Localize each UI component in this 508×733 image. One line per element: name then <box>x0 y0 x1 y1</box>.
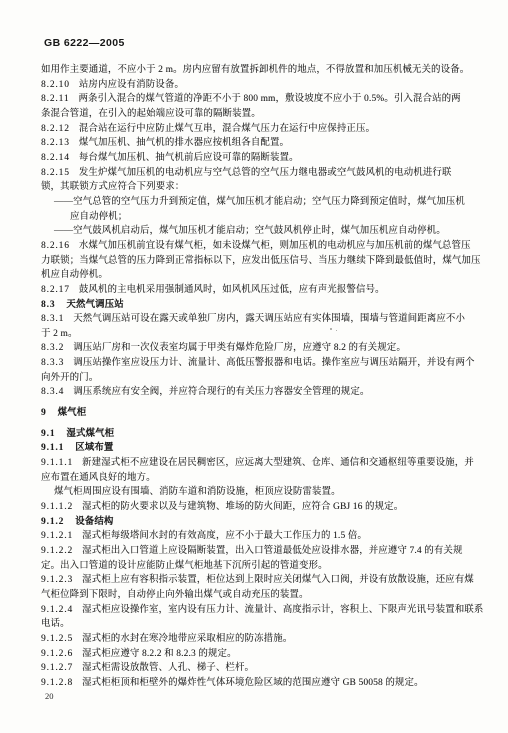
clause-8-2-15: 8.2.15发生炉煤气加压机的电动机应与空气总管的空气压力继电器或空气鼓风机的电… <box>41 166 486 181</box>
heading-9-1-1: 9.1.1区域布置 <box>41 441 486 456</box>
clause-number: 9.1.1.1 <box>41 458 73 468</box>
clause-text: 湿式柜的防火要求以及与建筑物、堆场的防火间距，应符合 GBJ 16 的规定。 <box>82 502 403 512</box>
clause-8-2-17: 8.2.17鼓风机的主电机采用强制通风时，如风机风压过低，应有声光报警信号。 <box>41 283 486 298</box>
heading-text: 设备结构 <box>75 517 113 527</box>
scan-speckle <box>330 328 332 330</box>
clause-number: 8.2.16 <box>41 241 70 251</box>
clause-number: 9.1.2.2 <box>41 546 73 556</box>
clause-9-1-2-2: 9.1.2.2湿式柜出入口管道上应设隔断装置，出入口管道最低处应设排水器，并应遵… <box>41 544 486 559</box>
dash-item-1-cont: 应自动停机； <box>41 210 486 225</box>
clause-9-1-2-4-cont: 电话。 <box>41 617 486 632</box>
heading-text: 天然气调压站 <box>66 300 123 310</box>
clause-9-1-1-1-para2: 煤气柜周围应设有围墙、消防车道和消防设施，柜顶应设防雷装置。 <box>41 485 486 500</box>
clause-text: 湿式柜应遵守 8.2.2 和 8.2.3 的规定。 <box>82 649 237 659</box>
clause-9-1-2-7: 9.1.2.7湿式柜需设放散管、人孔、梯子、栏杆。 <box>41 661 486 676</box>
heading-text: 区域布置 <box>75 443 113 453</box>
clause-8-2-16: 8.2.16水煤气加压机前宜设有煤气柜，如未设煤气柜，则加压机的电动机应与加压机… <box>41 239 486 254</box>
clause-9-1-1-1-cont: 应布置在通风良好的地方。 <box>41 471 486 486</box>
clause-text: 调压站操作室应设压力计、流量计、高低压警报器和电话。操作室应与调压站隔开，并设有… <box>73 358 474 368</box>
clause-number: 8.3.4 <box>41 387 64 397</box>
clause-number: 8.3.3 <box>41 358 64 368</box>
clause-text: 调压站厂房和一次仪表室均属于甲类有爆炸危险厂房，应遵守 8.2 的有关规定。 <box>73 343 406 353</box>
page-number: 20 <box>45 691 54 701</box>
clause-8-2-16-cont: 力联锁；当煤气总管的压力降到正常指标以下，应发出低压信号、当压力继续下降到最低值… <box>41 254 486 269</box>
clause-number: 8.2.11 <box>41 94 70 104</box>
heading-9-1-2: 9.1.2设备结构 <box>41 515 486 530</box>
clause-number: 8.2.12 <box>41 124 70 134</box>
clause-text: 湿式柜每级塔间水封的有效高度，应不小于最大工作压力的 1.5 倍。 <box>82 531 367 541</box>
heading-number: 9.1.1 <box>41 443 64 453</box>
clause-number: 9.1.1.2 <box>41 502 73 512</box>
clause-8-3-4: 8.3.4调压系统应有安全阀，并应符合现行的有关压力容器安全管理的规定。 <box>41 385 486 400</box>
heading-text: 煤气柜 <box>58 408 87 418</box>
clause-number: 9.1.2.3 <box>41 575 73 585</box>
clause-number: 8.2.15 <box>41 168 70 178</box>
heading-9-1: 9.1湿式煤气柜 <box>41 427 486 442</box>
clause-text: 湿式柜上应有容积指示装置，柜位达到上限时应关闭煤气入口阀，并设有放散设施，还应有… <box>82 575 474 585</box>
clause-number: 8.2.17 <box>41 285 70 295</box>
clause-number: 8.3.2 <box>41 343 64 353</box>
clause-9-1-2-6: 9.1.2.6湿式柜应遵守 8.2.2 和 8.2.3 的规定。 <box>41 647 486 662</box>
clause-8-2-11-cont: 条混合管道，在引入的起始端应设可靠的隔断装置。 <box>41 107 486 122</box>
clause-number: 8.3.1 <box>41 314 64 324</box>
clause-8-2-16-cont2: 机应自动停机。 <box>41 268 486 283</box>
clause-number: 9.1.2.4 <box>41 605 73 615</box>
clause-text: 鼓风机的主电机采用强制通风时，如风机风压过低，应有声光报警信号。 <box>79 285 385 295</box>
clause-number: 9.1.2.7 <box>41 663 73 673</box>
clause-number: 9.1.2.5 <box>41 634 73 644</box>
standard-number-header: GB 6222—2005 <box>44 37 125 49</box>
clause-9-1-2-3: 9.1.2.3湿式柜上应有容积指示装置，柜位达到上限时应关闭煤气入口阀，并设有放… <box>41 573 486 588</box>
scanned-document-page: GB 6222—2005 如用作主要通道，不应小于 2 m。房内应留有放置拆卸机… <box>0 0 508 733</box>
clause-9-1-2-8: 9.1.2.8湿式柜柜顶和柜壁外的爆炸性气体环境危险区域的范围应遵守 GB 50… <box>41 676 486 691</box>
heading-8-3: 8.3天然气调压站 <box>41 298 486 313</box>
heading-9: 9煤气柜 <box>41 406 486 421</box>
clause-text: 两条引入混合的煤气管道的净距不小于 800 mm，敷设坡度不应小于 0.5%。引… <box>79 94 461 104</box>
heading-number: 9 <box>41 408 47 418</box>
heading-number: 8.3 <box>41 300 55 310</box>
clause-8-2-14: 8.2.14每台煤气加压机、抽气机前后应设可靠的隔断装置。 <box>41 151 486 166</box>
clause-text: 湿式柜应设操作室，室内设有压力计、流量计、高度指示计，容积上、下限声光讯号装置和… <box>82 605 483 615</box>
clause-text: 天然气调压站可设在露天或单独厂房内，露天调压站应有实体围墙，围墙与管道间距离应不… <box>73 314 465 324</box>
clause-text: 发生炉煤气加压机的电动机应与空气总管的空气压力继电器或空气鼓风机的电动机进行联 <box>79 168 452 178</box>
clause-8-3-2: 8.3.2调压站厂房和一次仪表室均属于甲类有爆炸危险厂房，应遵守 8.2 的有关… <box>41 341 486 356</box>
clause-9-1-1-2: 9.1.1.2湿式柜的防火要求以及与建筑物、堆场的防火间距，应符合 GBJ 16… <box>41 500 486 515</box>
clause-text: 混合站在运行中应防止煤气互串，混合煤气压力在运行中应保持正压。 <box>79 124 375 134</box>
clause-8-2-12: 8.2.12混合站在运行中应防止煤气互串，混合煤气压力在运行中应保持正压。 <box>41 122 486 137</box>
clause-text: 湿式柜需设放散管、人孔、梯子、栏杆。 <box>82 663 254 673</box>
clause-9-1-1-1: 9.1.1.1新建湿式柜不应建设在居民稠密区，应远离大型建筑、仓库、通信和交通枢… <box>41 456 486 471</box>
heading-number: 9.1 <box>41 429 55 439</box>
clause-9-1-2-1: 9.1.2.1湿式柜每级塔间水封的有效高度，应不小于最大工作压力的 1.5 倍。 <box>41 529 486 544</box>
clause-text: 新建湿式柜不应建设在居民稠密区，应远离大型建筑、仓库、通信和交通枢纽等重要设施，… <box>82 458 474 468</box>
clause-number: 8.2.14 <box>41 153 70 163</box>
clause-text: 站房内应设有消防设备。 <box>79 80 184 90</box>
clause-8-2-13: 8.2.13煤气加压机、抽气机的排水器应按机组各自配置。 <box>41 136 486 151</box>
clause-8-3-1-cont: 于 2 m。 <box>41 327 486 342</box>
clause-number: 8.2.10 <box>41 80 70 90</box>
clause-number: 9.1.2.6 <box>41 649 73 659</box>
clause-text: 每台煤气加压机、抽气机前后应设可靠的隔断装置。 <box>79 153 299 163</box>
heading-text: 湿式煤气柜 <box>66 429 114 439</box>
clause-text: 水煤气加压机前宜设有煤气柜，如未设煤气柜，则加压机的电动机应与加压机前的煤气总管… <box>79 241 471 251</box>
dash-item-2: ——空气鼓风机启动后，煤气加压机才能启动；空气鼓风机停止时，煤气加压机应自动停机… <box>41 224 486 239</box>
clause-9-1-2-5: 9.1.2.5湿式柜的水封在寒冷地带应采取相应的防冻措施。 <box>41 632 486 647</box>
clause-9-1-2-2-cont: 定。出入口管道的设计应能防止煤气柜地基下沉所引起的管道变形。 <box>41 559 486 574</box>
clause-text: 调压系统应有安全阀，并应符合现行的有关压力容器安全管理的规定。 <box>73 387 369 397</box>
clause-9-1-2-3-cont: 气柜位降到下限时，自动停止向外输出煤气或自动充压的装置。 <box>41 588 486 603</box>
clause-8-2-10: 8.2.10站房内应设有消防设备。 <box>41 78 486 93</box>
clause-8-3-3-cont: 向外开的门。 <box>41 371 486 386</box>
clause-text: 煤气加压机、抽气机的排水器应按机组各自配置。 <box>79 138 289 148</box>
clause-8-2-15-cont: 锁，其联锁方式应符合下列要求： <box>41 180 486 195</box>
clause-number: 8.2.13 <box>41 138 70 148</box>
heading-number: 9.1.2 <box>41 517 64 527</box>
clause-8-3-3: 8.3.3调压站操作室应设压力计、流量计、高低压警报器和电话。操作室应与调压站隔… <box>41 356 486 371</box>
clause-text: 湿式柜柜顶和柜壁外的爆炸性气体环境危险区域的范围应遵守 GB 50058 的规定… <box>82 678 424 688</box>
document-body: 如用作主要通道，不应小于 2 m。房内应留有放置拆卸机件的地点，不得放置和加压机… <box>41 63 486 691</box>
clause-number: 9.1.2.8 <box>41 678 73 688</box>
clause-8-2-11: 8.2.11两条引入混合的煤气管道的净距不小于 800 mm，敷设坡度不应小于 … <box>41 92 486 107</box>
dash-item-1: ——空气总管的空气压力升到预定值，煤气加压机才能启动；空气压力降到预定值时，煤气… <box>41 195 486 210</box>
paragraph-continuation: 如用作主要通道，不应小于 2 m。房内应留有放置拆卸机件的地点，不得放置和加压机… <box>41 63 486 78</box>
clause-text: 湿式柜的水封在寒冷地带应采取相应的防冻措施。 <box>82 634 292 644</box>
clause-number: 9.1.2.1 <box>41 531 73 541</box>
clause-text: 湿式柜出入口管道上应设隔断装置，出入口管道最低处应设排水器，并应遵守 7.4 的… <box>82 546 462 556</box>
clause-9-1-2-4: 9.1.2.4湿式柜应设操作室，室内设有压力计、流量计、高度指示计，容积上、下限… <box>41 603 486 618</box>
clause-8-3-1: 8.3.1天然气调压站可设在露天或单独厂房内，露天调压站应有实体围墙，围墙与管道… <box>41 312 486 327</box>
scan-speckle <box>336 330 337 331</box>
